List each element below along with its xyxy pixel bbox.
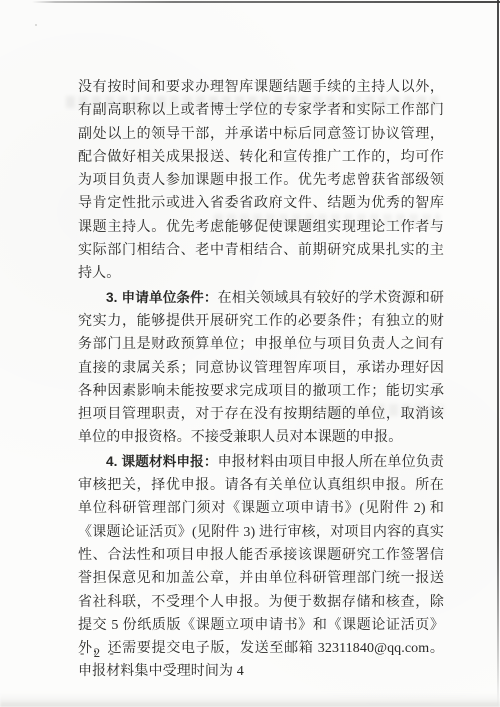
body-paragraph-item-4: 4. 课题材料申报：申报材料由项目申报人所在单位负责审核把关，择优申报。请各有关… [78,450,444,684]
paragraph-text: 在相关领域具有较好的学术资源和研究实力，能够提供开展研究工作的必要条件；有独立的… [78,291,444,446]
scan-edge-top [32,1,500,3]
paragraph-heading: 4. 课题材料申报： [106,454,218,469]
body-paragraph-item-3: 3. 申请单位条件：在相关领域具有较好的学术资源和研究实力，能够提供开展研究工作… [78,286,444,450]
paragraph-heading: 3. 申请单位条件： [106,290,218,305]
document-body: 没有按时间和要求办理智库课题结题手续的主持人以外，有副高职称以上或者博士学位的专… [78,75,444,684]
scanned-document-page: 没有按时间和要求办理智库课题结题手续的主持人以外，有副高职称以上或者博士学位的专… [0,0,500,707]
body-paragraph-continuation: 没有按时间和要求办理智库课题结题手续的主持人以外，有副高职称以上或者博士学位的专… [78,75,444,286]
scan-edge-right [497,0,499,707]
paragraph-text: 申报材料由项目申报人所在单位负责审核把关，择优申报。请各有关单位认真组织申报。所… [78,455,444,680]
page-number: - 2 - [80,645,117,661]
scan-speck [35,24,37,26]
paragraph-text: 没有按时间和要求办理智库课题结题手续的主持人以外，有副高职称以上或者博士学位的专… [78,80,444,281]
scan-bottom-shade [0,693,500,707]
